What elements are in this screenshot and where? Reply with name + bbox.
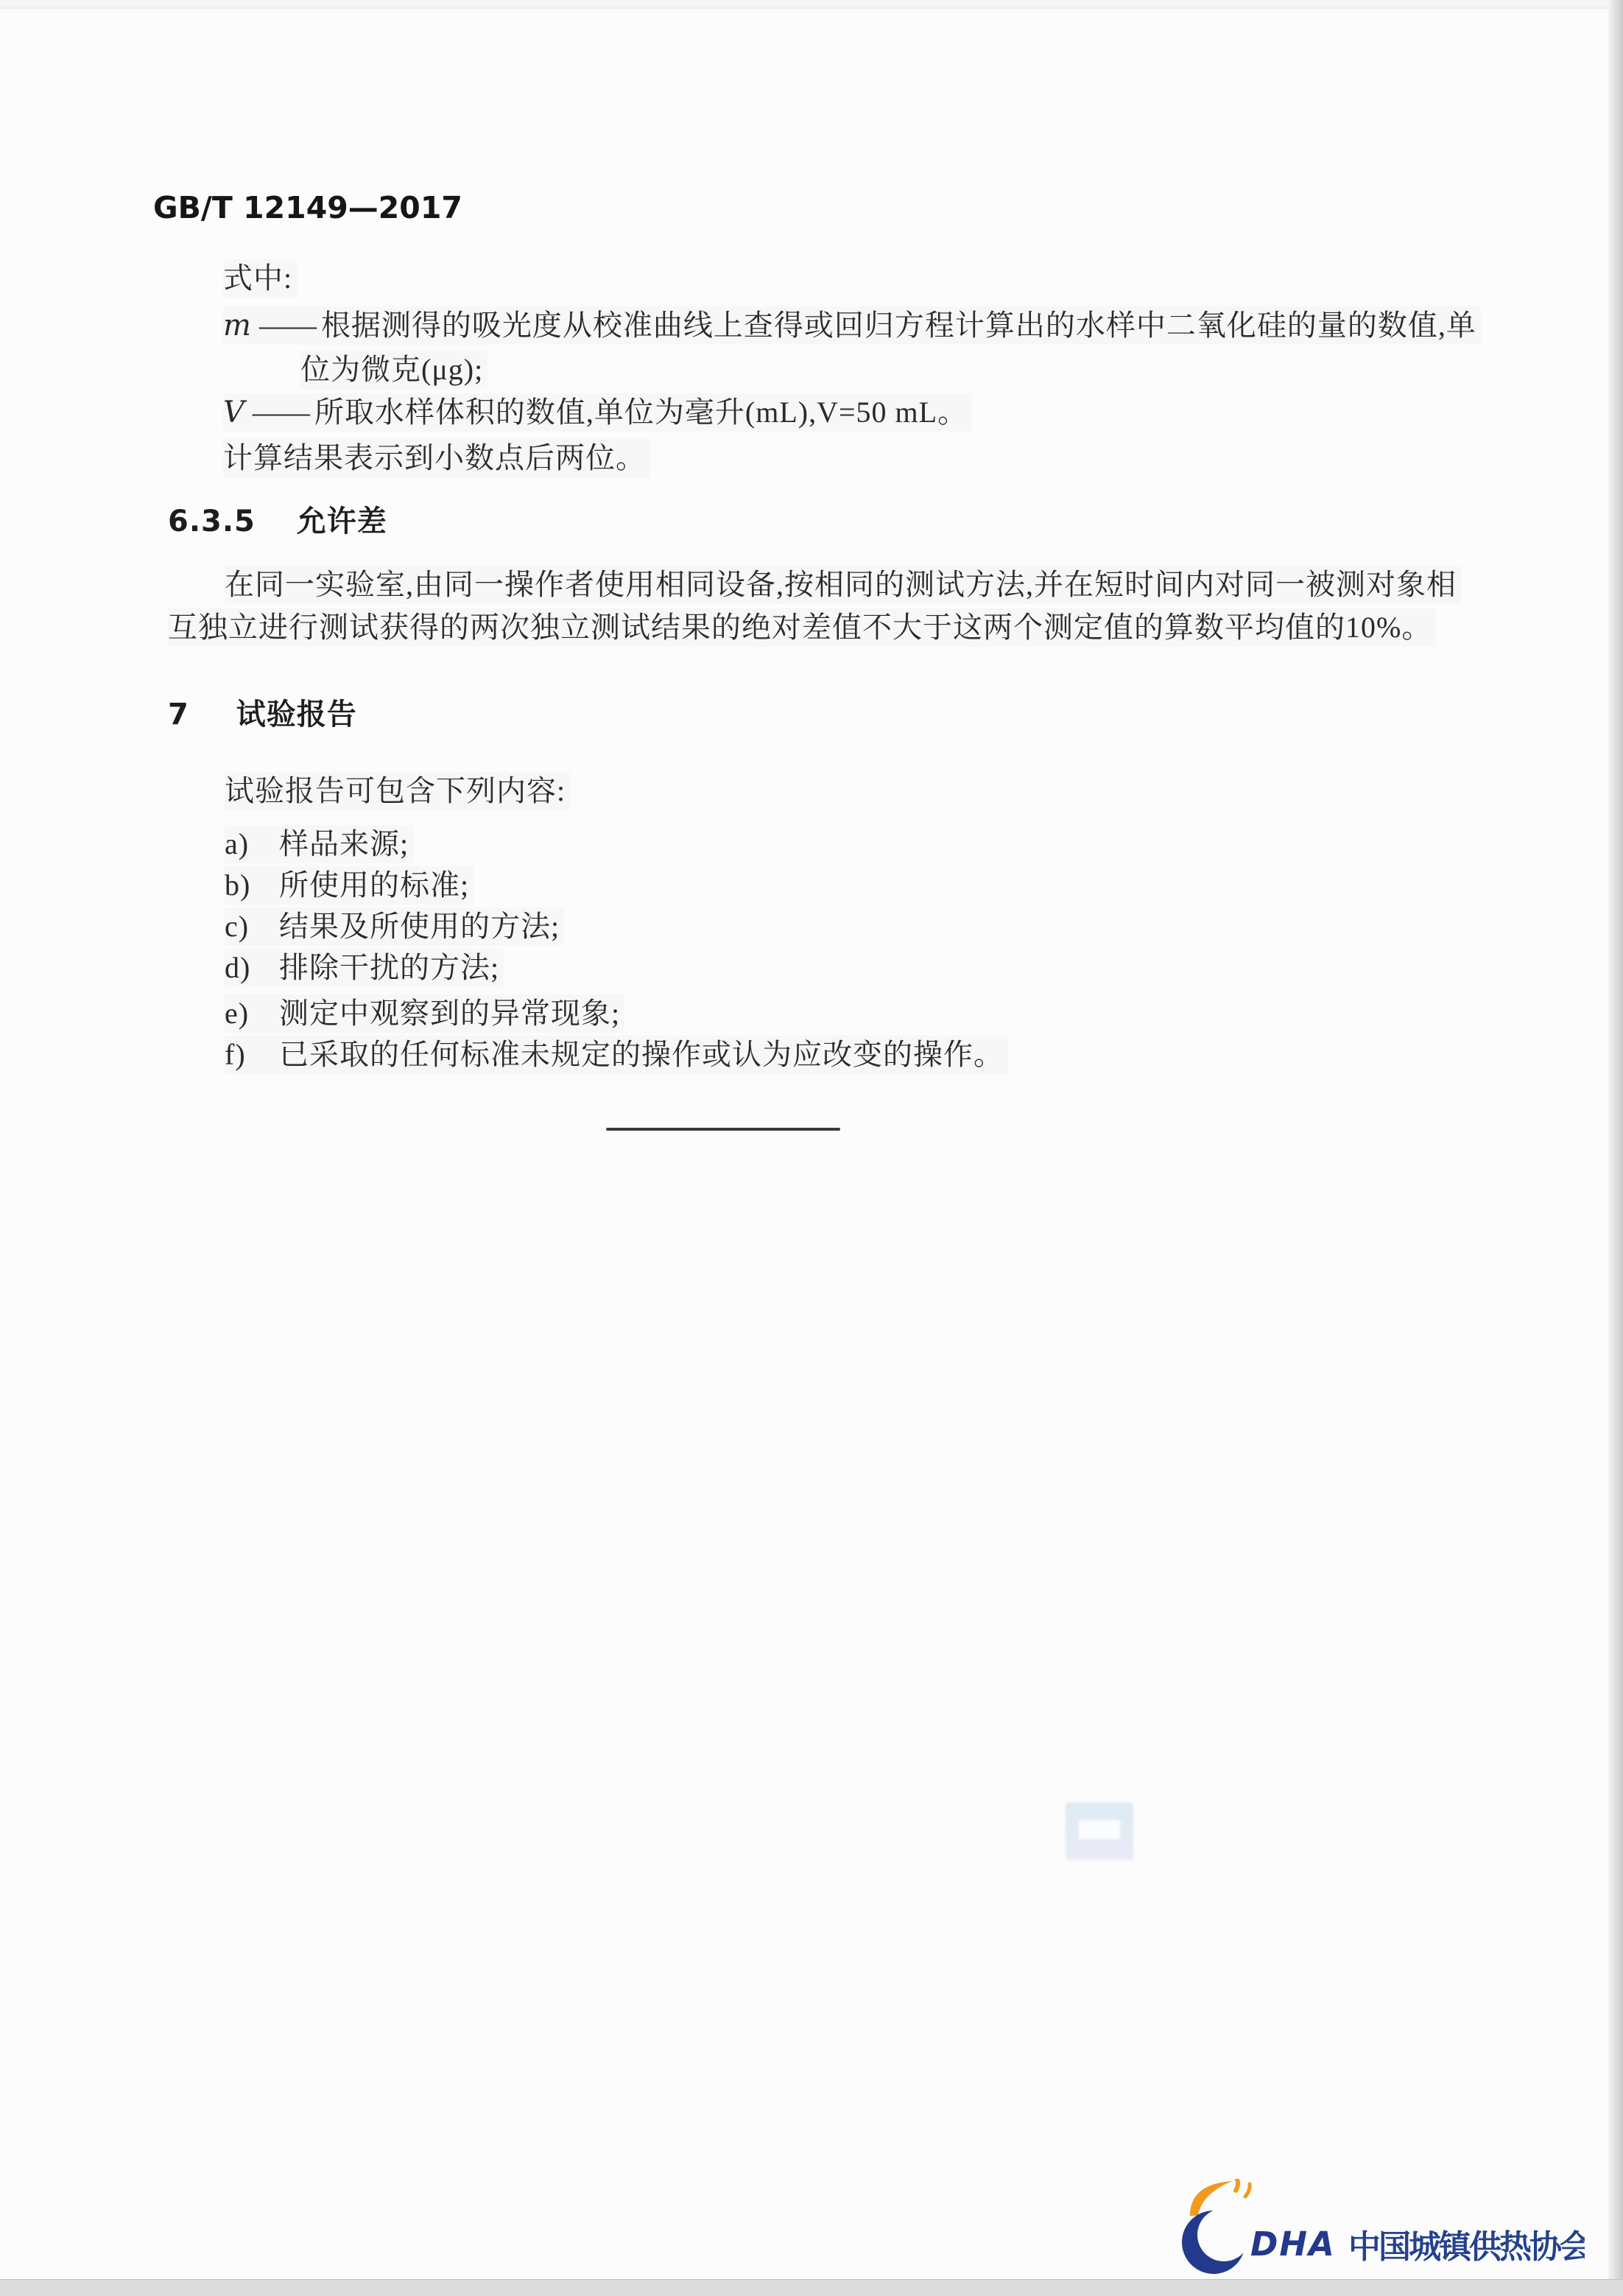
- report-item-e: e)测定中观察到的异常现象;: [225, 994, 624, 1033]
- cdha-logo-graphic: DHA 中国城镇供热协会: [1178, 2179, 1585, 2276]
- section-number: 6.3.5: [168, 505, 256, 538]
- logo-name-text: 中国城镇供热协会: [1348, 2228, 1585, 2266]
- item-marker: c): [225, 909, 279, 944]
- scanned-document-page: GB/T 12149—2017 式中: m——根据测得的吸光度从校准曲线上查得或…: [0, 0, 1623, 2296]
- item-text: 所使用的标准;: [279, 868, 469, 902]
- watermark-inner: [1079, 1820, 1120, 1839]
- logo-crescent-icon: [1182, 2211, 1245, 2274]
- scan-edge-right: [1608, 0, 1623, 2296]
- item-text: 结果及所使用的方法;: [279, 910, 560, 943]
- scan-edge-top-line: [0, 7, 1623, 9]
- tolerance-paragraph-line2: 互独立进行测试获得的两次独立测试结果的绝对差值不大于这两个测定值的算数平均值的1…: [168, 608, 1436, 647]
- report-item-c: c)结果及所使用的方法;: [225, 907, 564, 946]
- item-marker: e): [225, 996, 279, 1031]
- section-number: 7: [168, 698, 189, 731]
- item-marker: b): [225, 868, 279, 903]
- report-item-d: d)排除干扰的方法;: [225, 949, 504, 987]
- symbol-definition-v: V——所取水样体积的数值,单位为毫升(mL),V=50 mL。: [223, 393, 972, 432]
- section-heading-6-3-5: 6.3.5 允许差: [168, 498, 387, 540]
- formula-intro: 式中:: [223, 259, 297, 298]
- item-text: 测定中观察到的异常现象;: [279, 997, 620, 1030]
- item-marker: f): [225, 1037, 279, 1072]
- section-title: 允许差: [297, 505, 387, 538]
- report-item-a: a)样品来源;: [225, 825, 413, 863]
- logo-abbr-text: DHA: [1250, 2225, 1336, 2264]
- symbol-v: V: [223, 396, 245, 429]
- symbol-m: m: [223, 309, 252, 343]
- definition-dash: ——: [245, 396, 314, 429]
- item-text: 已采取的任何标准未规定的操作或认为应改变的操作。: [279, 1038, 1004, 1071]
- scan-edge-top: [0, 0, 1623, 7]
- standard-number-header: GB/T 12149—2017: [153, 190, 462, 225]
- logo-flame-icon: [1190, 2180, 1250, 2216]
- report-item-f: f)已采取的任何标准未规定的操作或认为应改变的操作。: [225, 1036, 1008, 1074]
- watermark-blob: [1066, 1802, 1133, 1860]
- end-of-text-rule: [606, 1128, 840, 1131]
- item-marker: a): [225, 826, 279, 862]
- section-heading-7: 7 试验报告: [168, 691, 357, 733]
- symbol-definition-m: m——根据测得的吸光度从校准曲线上查得或回归方程计算出的水样中二氧化硅的量的数值…: [223, 306, 1481, 345]
- item-text: 样品来源;: [279, 827, 409, 860]
- section-title: 试验报告: [236, 698, 357, 731]
- report-intro: 试验报告可包含下列内容:: [225, 772, 570, 810]
- report-item-b: b)所使用的标准;: [225, 866, 473, 905]
- result-precision-note: 计算结果表示到小数点后两位。: [223, 439, 650, 477]
- tolerance-paragraph-line1: 在同一实验室,由同一操作者使用相同设备,按相同的测试方法,并在短时间内对同一被测…: [225, 566, 1461, 604]
- symbol-m-text-line1: 根据测得的吸光度从校准曲线上查得或回归方程计算出的水样中二氧化硅的量的数值,单: [321, 309, 1476, 342]
- definition-dash: ——: [252, 309, 321, 342]
- item-marker: d): [225, 950, 279, 986]
- symbol-m-text-line2: 位为微克(μg);: [300, 351, 487, 389]
- scan-edge-bottom: [0, 2279, 1623, 2296]
- item-text: 排除干扰的方法;: [279, 951, 499, 984]
- cdha-logo: DHA 中国城镇供热协会: [1178, 2179, 1585, 2276]
- symbol-v-text: 所取水样体积的数值,单位为毫升(mL),V=50 mL。: [314, 396, 968, 429]
